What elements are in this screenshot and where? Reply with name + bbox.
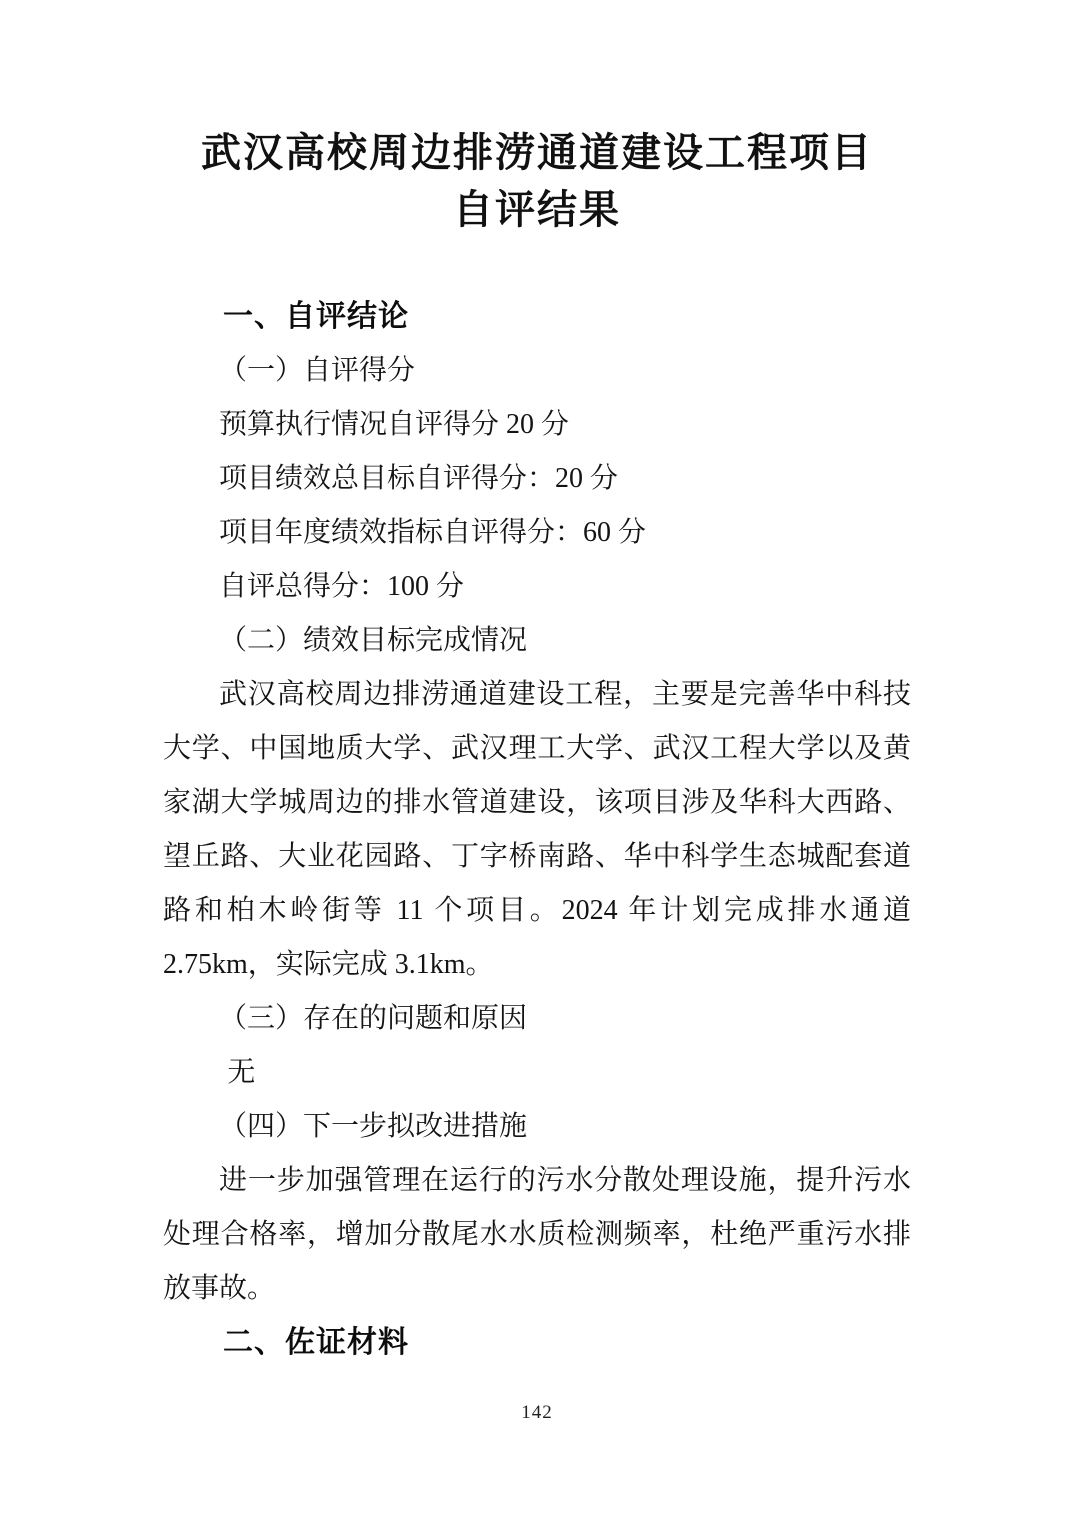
score-line-overall-goal: 项目绩效总目标自评得分：20 分: [163, 452, 911, 506]
title-line-1: 武汉高校周边排涝通道建设工程项目: [0, 124, 1074, 181]
score-line-annual-indicators: 项目年度绩效指标自评得分：60 分: [163, 506, 911, 560]
document-page: 武汉高校周边排涝通道建设工程项目 自评结果 一、自评结论 （一）自评得分 预算执…: [0, 0, 1074, 1520]
goal-completion-paragraph: 武汉高校周边排涝通道建设工程，主要是完善华中科技大学、中国地质大学、武汉理工大学…: [163, 668, 911, 992]
subsection-1-heading: （一）自评得分: [163, 344, 911, 398]
section-2-heading: 二、佐证材料: [163, 1316, 911, 1370]
subsection-4-heading: （四）下一步拟改进措施: [163, 1100, 911, 1154]
page-number: 142: [0, 1402, 1074, 1424]
score-line-total: 自评总得分：100 分: [163, 560, 911, 614]
score-line-budget-execution: 预算执行情况自评得分 20 分: [163, 398, 911, 452]
subsection-2-heading: （二）绩效目标完成情况: [163, 614, 911, 668]
improvement-measures-paragraph: 进一步加强管理在运行的污水分散处理设施，提升污水处理合格率，增加分散尾水水质检测…: [163, 1154, 911, 1316]
document-title: 武汉高校周边排涝通道建设工程项目 自评结果: [0, 0, 1074, 238]
document-body: 一、自评结论 （一）自评得分 预算执行情况自评得分 20 分 项目绩效总目标自评…: [163, 290, 911, 1370]
title-line-2: 自评结果: [0, 181, 1074, 238]
problems-answer: 无: [163, 1046, 911, 1100]
section-1-heading: 一、自评结论: [163, 290, 911, 344]
subsection-3-heading: （三）存在的问题和原因: [163, 992, 911, 1046]
